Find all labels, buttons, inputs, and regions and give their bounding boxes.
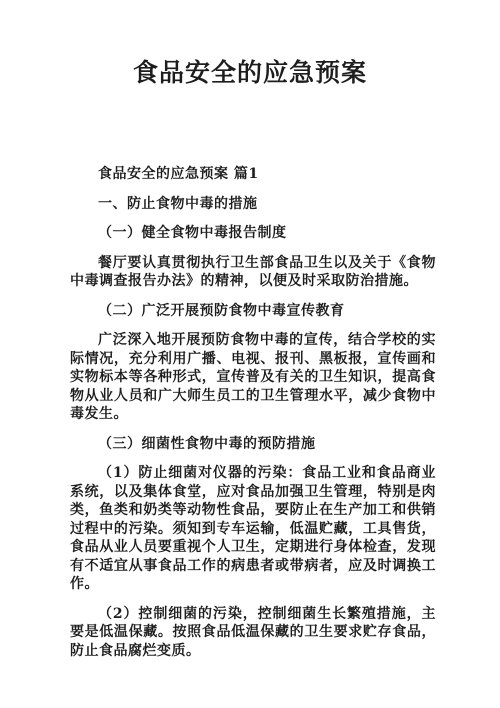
paragraph-prevent-contamination: （1）防止细菌对仪器的污染：食品工业和食品商业系统，以及集体食堂，应对食品加强卫… [70, 464, 436, 594]
section-subtitle: 食品安全的应急预案 篇1 [70, 165, 436, 184]
heading-report-system: （一）健全食物中毒报告制度 [70, 224, 436, 243]
heading-prevent-food-poisoning: 一、防止食物中毒的措施 [70, 195, 436, 214]
paragraph-report-system: 餐厅要认真贯彻执行卫生部食品卫生以及关于《食物中毒调查报告办法》的精神，以便及时… [70, 254, 436, 291]
heading-publicity-education: （二）广泛开展预防食物中毒宣传教育 [70, 302, 436, 321]
heading-bacterial-prevention: （三）细菌性食物中毒的预防措施 [70, 435, 436, 454]
document-body: 食品安全的应急预案 篇1 一、防止食物中毒的措施 （一）健全食物中毒报告制度 餐… [70, 165, 436, 660]
document-page: 食品安全的应急预案 食品安全的应急预案 篇1 一、防止食物中毒的措施 （一）健全… [0, 0, 500, 708]
paragraph-control-bacteria: （2）控制细菌的污染，控制细菌生长繁殖措施，主要是低温保藏。按照食品低温保藏的卫… [70, 605, 436, 661]
paragraph-publicity-education: 广泛深入地开展预防食物中毒的宣传，结合学校的实际情况，充分利用广播、电视、报刊、… [70, 331, 436, 424]
document-title: 食品安全的应急预案 [0, 0, 500, 88]
